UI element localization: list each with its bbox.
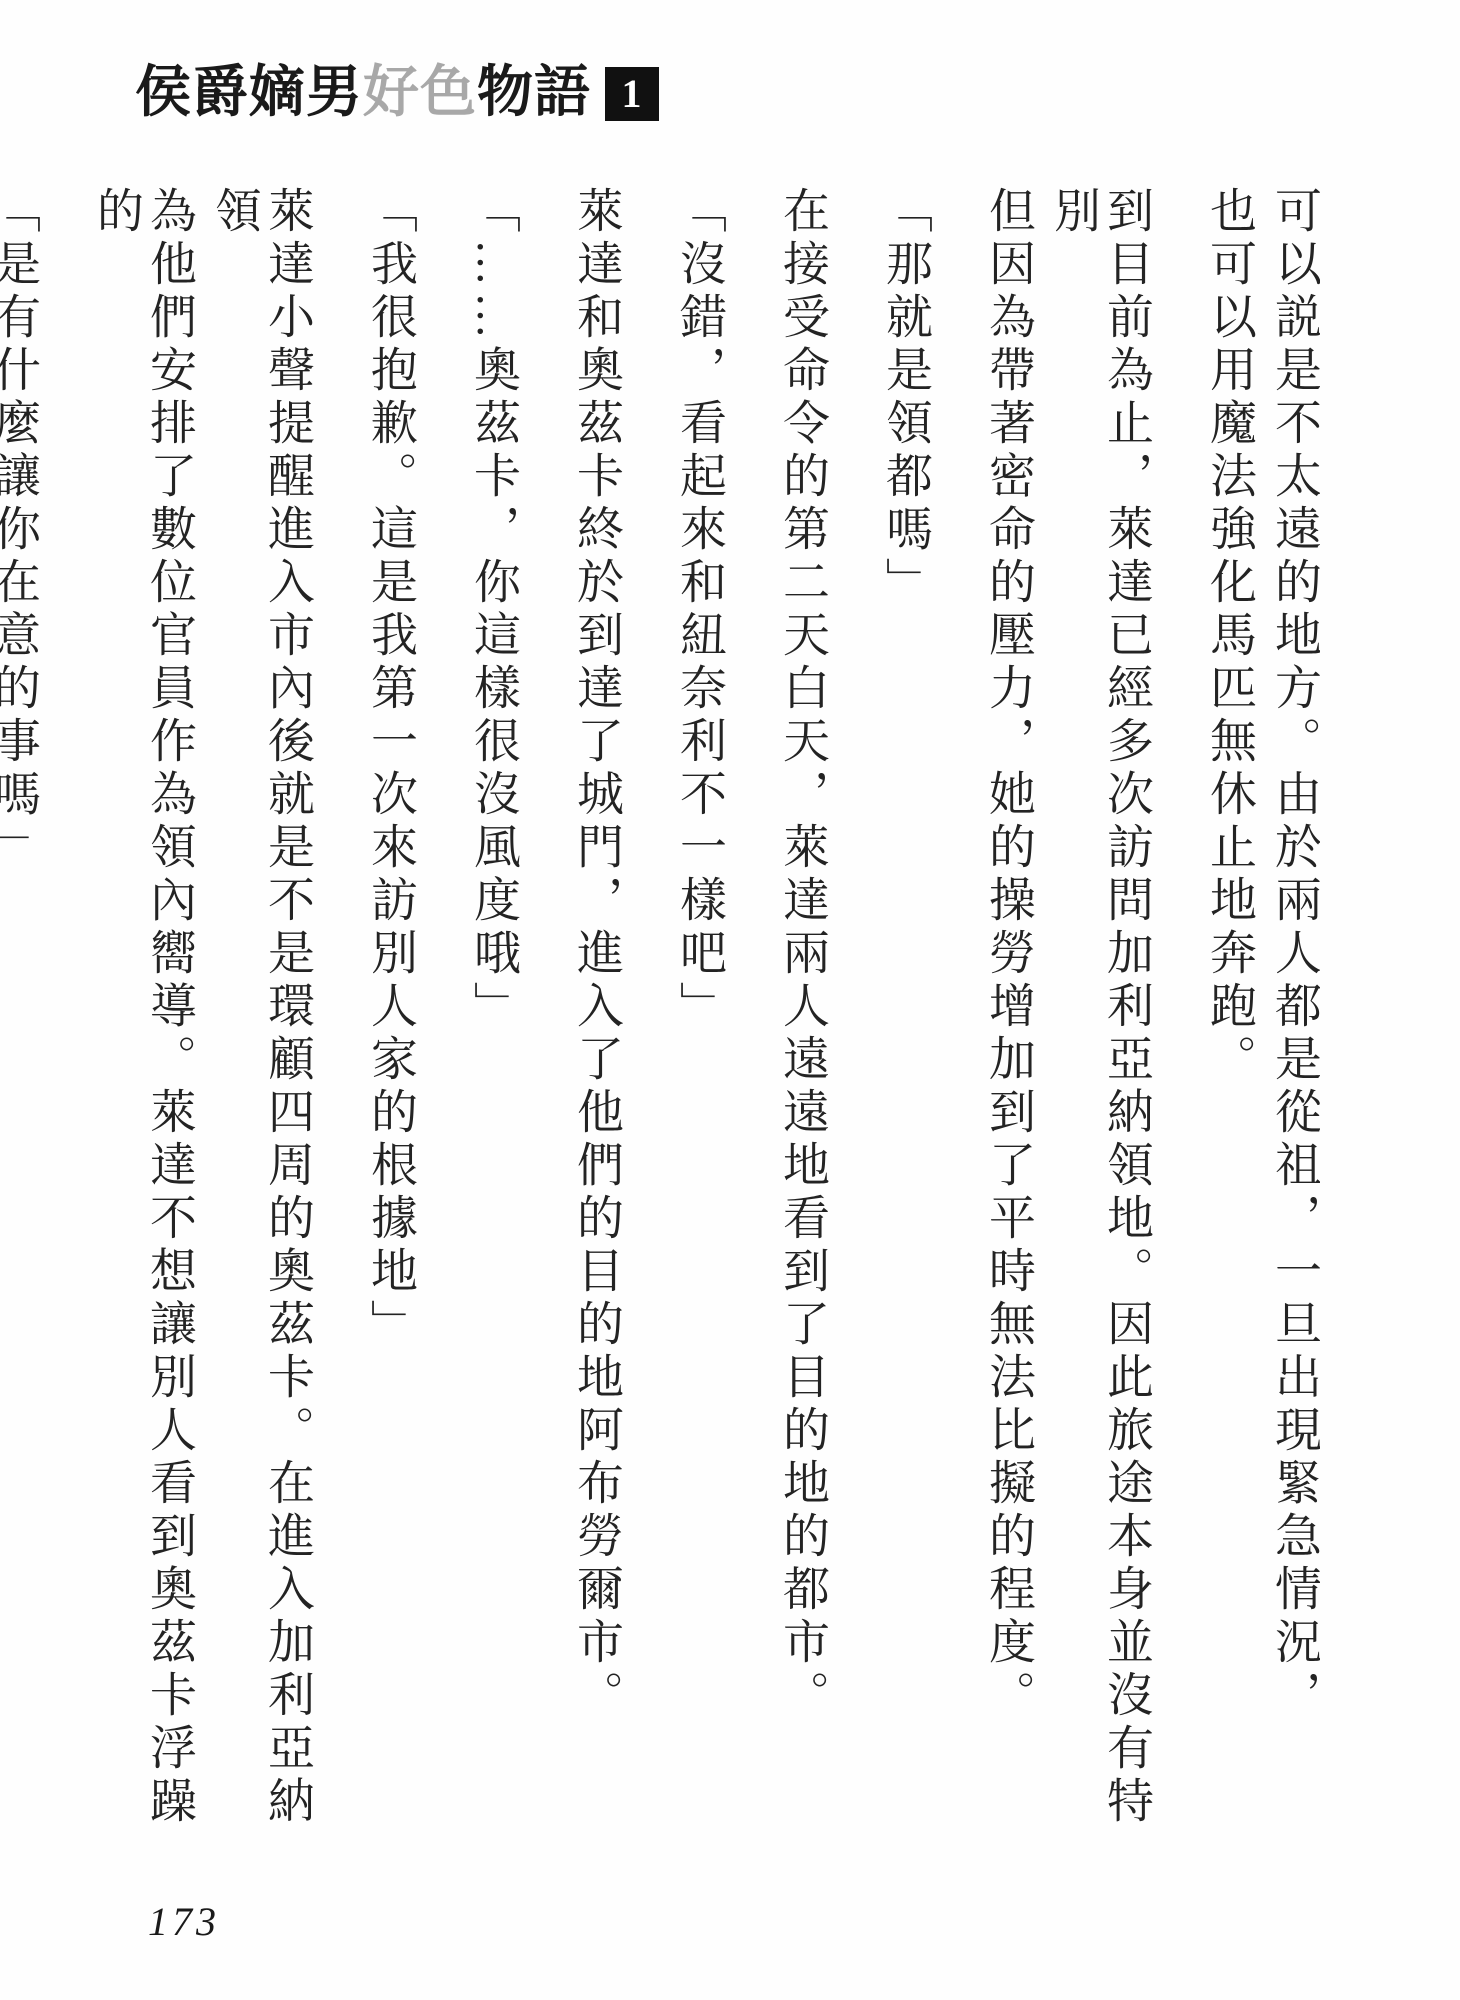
- text-column: 「……奧茲卡，你這樣很沒風度哦」: [466, 186, 519, 1858]
- text-column: 也可以用魔法強化馬匹無休止地奔跑。: [1202, 186, 1255, 1858]
- text-column: 但因為帶著密命的壓力，她的操勞增加到了平時無法比擬的程度。: [981, 186, 1034, 1858]
- text-column: 到目前為止，萊達已經多次訪問加利亞納領地。因此旅途本身並沒有特別: [1046, 186, 1152, 1858]
- text-column: 在接受命令的第二天白天，萊達兩人遠遠地看到了目的地的都市。: [775, 186, 828, 1858]
- text-column: 可以説是不太遠的地方。由於兩人都是從祖，一旦出現緊急情況，: [1267, 186, 1320, 1858]
- volume-badge: 1: [605, 67, 659, 121]
- title-text-highlight: 好色: [363, 62, 477, 124]
- book-title: 侯爵嫡男好色物語1: [135, 48, 659, 128]
- text-column: 「是有什麼讓你在意的事嗎」: [0, 186, 39, 1858]
- page: 侯爵嫡男好色物語1 可以説是不太遠的地方。由於兩人都是從祖，一旦出現緊急情況，也…: [0, 0, 1460, 2000]
- page-number: 173: [148, 1898, 220, 1945]
- novel-text-block: 可以説是不太遠的地方。由於兩人都是從祖，一旦出現緊急情況，也可以用魔法強化馬匹無…: [0, 186, 1320, 1858]
- text-column: 萊達和奧茲卡終於到達了城門，進入了他們的目的地阿布勞爾市。: [569, 186, 622, 1858]
- text-column: 「我很抱歉。這是我第一次來訪別人家的根據地」: [363, 186, 416, 1858]
- text-column: 「那就是領都嗎」: [878, 186, 931, 1858]
- text-column: 為他們安排了數位官員作為領內嚮導。萊達不想讓別人看到奧茲卡浮躁的: [89, 186, 195, 1858]
- text-column: 「沒錯，看起來和紐奈利不一樣吧」: [672, 186, 725, 1858]
- title-text-black-2: 物語: [477, 62, 591, 124]
- title-text-black-1: 侯爵嫡男: [135, 62, 363, 124]
- text-column: 萊達小聲提醒進入市內後就是不是環顧四周的奧茲卡。在進入加利亞納領: [207, 186, 313, 1858]
